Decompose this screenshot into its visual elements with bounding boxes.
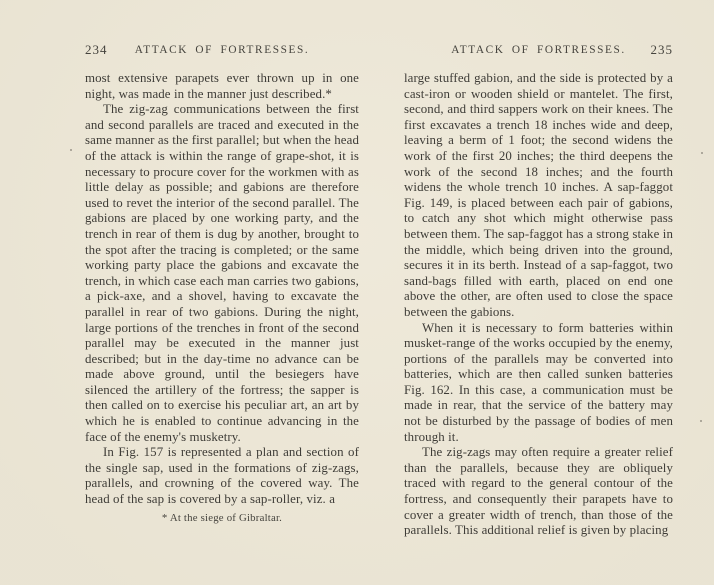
left-running-title: ATTACK OF FORTRESSES.: [135, 44, 310, 56]
paragraph: When it is necessary to form batteries w…: [404, 321, 673, 446]
scan-speck: [700, 420, 702, 422]
right-page-number: 235: [651, 42, 674, 58]
right-running-title: ATTACK OF FORTRESSES.: [451, 44, 626, 56]
scan-speck: [70, 149, 72, 151]
paragraph: large stuffed gabion, and the side is pr…: [404, 71, 673, 321]
right-page: ATTACK OF FORTRESSES. 235 large stuffed …: [404, 0, 673, 539]
scan-speck: [701, 152, 703, 154]
left-page: 234 ATTACK OF FORTRESSES. most extensive…: [85, 0, 359, 524]
right-page-body: large stuffed gabion, and the side is pr…: [404, 71, 673, 539]
paragraph: most extensive parapets ever thrown up i…: [85, 71, 359, 102]
paragraph: The zig-zags may often require a greater…: [404, 445, 673, 539]
left-page-header: 234 ATTACK OF FORTRESSES.: [85, 44, 359, 59]
right-page-header: ATTACK OF FORTRESSES. 235: [404, 44, 673, 59]
left-page-body: most extensive parapets ever thrown up i…: [85, 71, 359, 508]
paragraph: In Fig. 157 is represented a plan and se…: [85, 445, 359, 507]
book-spread: 234 ATTACK OF FORTRESSES. most extensive…: [0, 0, 714, 585]
footnote: * At the siege of Gibraltar.: [85, 512, 359, 524]
left-page-number: 234: [85, 42, 108, 58]
paragraph: The zig-zag communications between the f…: [85, 102, 359, 445]
